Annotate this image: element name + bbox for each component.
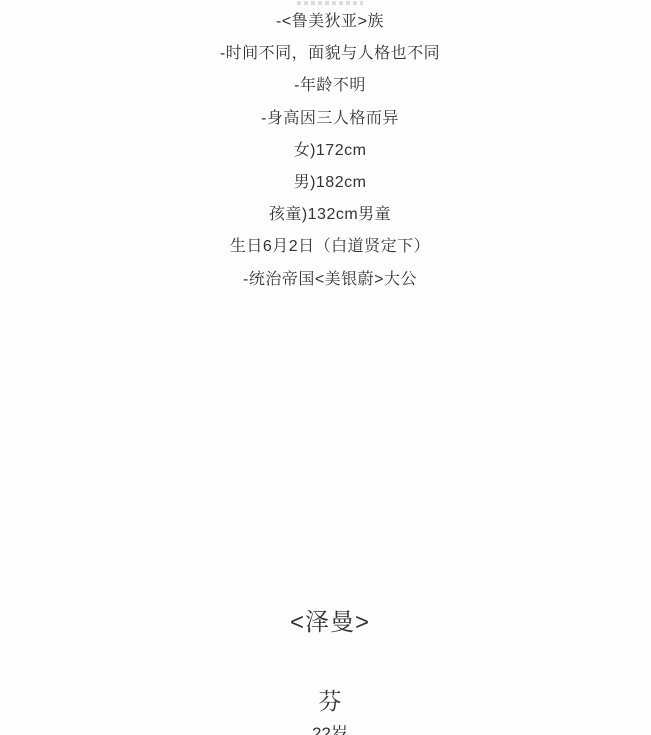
section-sub-name-heading: 芬 [9,685,651,717]
profile-line-title: -统治帝国<美银蔚>大公 [9,264,651,296]
age-text: 22岁 [312,725,348,735]
clipped-text-top [297,1,363,5]
profile-line-birthday: 生日6月2日（白道贤定下） [9,231,651,263]
clipped-text-bottom: 22岁 [9,725,651,735]
profile-line-race: -<鲁美狄亚>族 [9,6,651,38]
document-page[interactable]: -<鲁美狄亚>族 -时间不同，面貌与人格也不同 -年龄不明 -身高因三人格而异 … [0,1,651,735]
profile-line-age: -年龄不明 [9,70,651,102]
profile-line-appearance: -时间不同，面貌与人格也不同 [9,38,651,70]
profile-line-height-female: 女)172cm [9,135,651,167]
profile-line-height-child: 孩童)132cm男童 [9,199,651,231]
section-name-heading: <泽曼> [9,606,651,640]
profile-line-height-male: 男)182cm [9,167,651,199]
profile-line-height-note: -身高因三人格而异 [9,103,651,135]
